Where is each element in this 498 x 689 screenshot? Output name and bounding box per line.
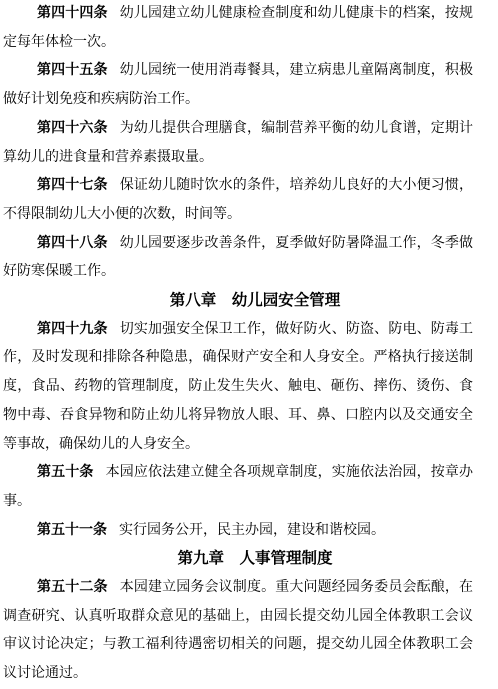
chapter-title: 幼儿园安全管理 — [232, 292, 341, 309]
article-text: 切实加强安全保卫工作，做好防火、防盗、防电、防毒工作，及时发现和排除各种隐患，确… — [3, 322, 473, 452]
article-paragraph-49: 第四十九条切实加强安全保卫工作，做好防火、防盗、防电、防毒工作，及时发现和排除各… — [3, 316, 473, 460]
article-paragraph-50: 第五十条本园应依法建立健全各项规章制度，实施依法治园，按章办事。 — [3, 459, 473, 516]
article-number: 第四十八条 — [37, 236, 108, 251]
article-paragraph-46: 第四十六条为幼儿提供合理膳食，编制营养平衡的幼儿食谱，定期计算幼儿的进食量和营养… — [3, 115, 473, 172]
article-paragraph-45: 第四十五条幼儿园统一使用消毒餐具，建立病患儿童隔离制度，积极做好计划免疫和疾病防… — [3, 57, 473, 114]
article-number: 第四十七条 — [37, 178, 108, 193]
article-number: 第五十二条 — [37, 580, 108, 595]
article-number: 第四十四条 — [37, 6, 108, 21]
article-text: 本园建立园务会议制度。重大问题经园务委员会酝酿，在调查研究、认真听取群众意见的基… — [3, 580, 473, 681]
chapter-heading-8: 第八章幼儿园安全管理 — [3, 287, 473, 316]
article-paragraph-44: 第四十四条幼儿园建立幼儿健康检查制度和幼儿健康卡的档案，按规定每年体检一次。 — [3, 0, 473, 57]
article-paragraph-51: 第五十一条实行园务公开，民主办园，建设和谐校园。 — [3, 517, 473, 546]
chapter-heading-9: 第九章人事管理制度 — [3, 545, 473, 574]
article-number: 第四十五条 — [37, 63, 108, 78]
article-number: 第五十条 — [37, 465, 94, 480]
chapter-number: 第九章 — [177, 550, 224, 567]
article-number: 第四十九条 — [37, 322, 108, 337]
article-number: 第五十一条 — [37, 523, 107, 538]
article-number: 第四十六条 — [37, 121, 108, 136]
article-text: 实行园务公开，民主办园，建设和谐校园。 — [119, 523, 385, 538]
article-paragraph-48: 第四十八条幼儿园要逐步改善条件，夏季做好防暑降温工作，冬季做好防寒保暖工作。 — [3, 230, 473, 287]
document-page: 第四十四条幼儿园建立幼儿健康检查制度和幼儿健康卡的档案，按规定每年体检一次。 第… — [0, 0, 498, 689]
chapter-number: 第八章 — [170, 292, 217, 309]
article-paragraph-47: 第四十七条保证幼儿随时饮水的条件，培养幼儿良好的大小便习惯，不得限制幼儿大小便的… — [3, 172, 473, 229]
article-paragraph-52: 第五十二条本园建立园务会议制度。重大问题经园务委员会酝酿，在调查研究、认真听取群… — [3, 574, 473, 689]
chapter-title: 人事管理制度 — [240, 550, 333, 567]
